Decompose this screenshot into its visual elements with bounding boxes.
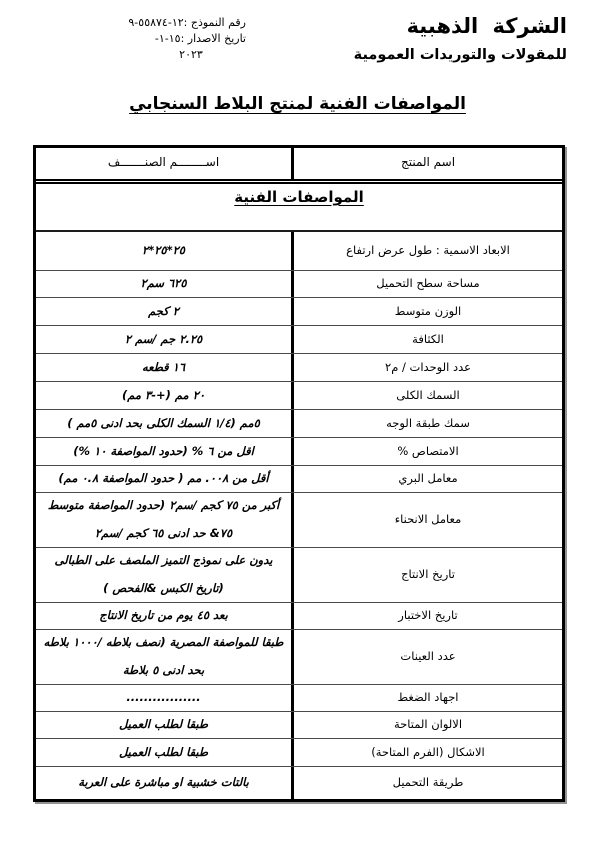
section-title: المواصفات الفنية <box>234 188 364 206</box>
table-row: عدد الوحدات / م٢ ١٦ قطعه <box>36 354 562 382</box>
spec-label: مساحة سطح التحميل <box>291 271 562 297</box>
table-row: الاشكال (الفرم المتاحة) طبقا لطلب العميل <box>36 739 562 767</box>
table-row: طريقة التحميل بالتات خشبية او مباشرة على… <box>36 767 562 799</box>
section-header-row: المواصفات الفنية <box>36 184 562 232</box>
spec-value: ٢٠ مم (+-٣ مم) <box>36 382 291 409</box>
spec-value: ٢ كجم <box>36 298 291 325</box>
spec-value: ٥مم (١/٤ السمك الكلى بحد ادنى ٥مم ) <box>36 410 291 437</box>
spec-value: ٦٢٥ سم٢ <box>36 271 291 297</box>
spec-label: تاريخ الاختبار <box>291 603 562 629</box>
company-name: الشركة الذهبية <box>327 14 567 38</box>
spec-label: الوزن متوسط <box>291 298 562 325</box>
spec-label: الالوان المتاحة <box>291 712 562 738</box>
header-item-name: اســــــــم الصنـــــــف <box>36 148 291 179</box>
spec-label: معامل الانحناء <box>291 493 562 547</box>
table-row: معامل الانحناء أكبر من ٧٥ كجم /سم٢ (حدود… <box>36 493 562 548</box>
form-info-block: رقم النموذج :١٢-٥٥٨٧٤-٩ تاريخ الاصدار :١… <box>108 15 246 63</box>
issue-year: ٢٠٢٣ <box>108 47 246 63</box>
spec-label: عدد الوحدات / م٢ <box>291 354 562 381</box>
spec-value: أكبر من ٧٥ كجم /سم٢ (حدود المواصفة متوسط… <box>36 493 291 547</box>
spec-value: أقل من ٠٠٨. مم ( حدود المواصفة ٠.٨ مم) <box>36 466 291 492</box>
spec-value: ٢٥*٢٥*٢ <box>36 232 291 270</box>
spec-value: بعد ٤٥ يوم من تاريخ الانتاج <box>36 603 291 629</box>
spec-value: يدون على نموذج التميز الملصف على الطبالى… <box>36 548 291 602</box>
table-row: اجهاد الضغط ................. <box>36 685 562 712</box>
spec-label: تاريخ الانتاج <box>291 548 562 602</box>
table-row: الامتصاص % اقل من ٦ % (حدود المواصفة ١٠ … <box>36 438 562 466</box>
spec-label: الكثافة <box>291 326 562 353</box>
company-header: الشركة الذهبية للمقولات والتوريدات العمو… <box>327 14 567 63</box>
table-row: معامل البري أقل من ٠٠٨. مم ( حدود المواص… <box>36 466 562 493</box>
document-page: رقم النموذج :١٢-٥٥٨٧٤-٩ تاريخ الاصدار :١… <box>0 0 595 842</box>
company-subtitle: للمقولات والتوريدات العمومية <box>327 47 567 63</box>
spec-value: طبقا لطلب العميل <box>36 739 291 766</box>
table-row: الابعاد الاسمية : طول عرض ارتفاع ٢٥*٢٥*٢ <box>36 232 562 271</box>
spec-value: طبقا للمواصفة المصرية (نصف بلاطه /١٠٠٠ ب… <box>36 630 291 684</box>
issue-date: تاريخ الاصدار :١٥-١- <box>108 31 246 47</box>
table-row: مساحة سطح التحميل ٦٢٥ سم٢ <box>36 271 562 298</box>
spec-value: ١٦ قطعه <box>36 354 291 381</box>
table-header-row: اسم المنتج اســــــــم الصنـــــــف <box>36 148 562 184</box>
spec-label: معامل البري <box>291 466 562 492</box>
spec-label: اجهاد الضغط <box>291 685 562 711</box>
spec-label: طريقة التحميل <box>291 767 562 799</box>
spec-value: طبقا لطلب العميل <box>36 712 291 738</box>
spec-value: ٢.٢٥ جم /سم ٢ <box>36 326 291 353</box>
table-row: تاريخ الانتاج يدون على نموذج التميز المل… <box>36 548 562 603</box>
spec-label: سمك طبقة الوجه <box>291 410 562 437</box>
table-row: الالوان المتاحة طبقا لطلب العميل <box>36 712 562 739</box>
spec-label: الاشكال (الفرم المتاحة) <box>291 739 562 766</box>
header-product-name: اسم المنتج <box>291 148 562 179</box>
spec-value: ................. <box>36 685 291 711</box>
spec-label: عدد العينات <box>291 630 562 684</box>
table-row: عدد العينات طبقا للمواصفة المصرية (نصف ب… <box>36 630 562 685</box>
spec-table: اسم المنتج اســــــــم الصنـــــــف المو… <box>33 145 565 802</box>
table-row: سمك طبقة الوجه ٥مم (١/٤ السمك الكلى بحد … <box>36 410 562 438</box>
spec-label: الامتصاص % <box>291 438 562 465</box>
page-title: المواصفات الفنية لمنتج البلاط السنجابي <box>0 94 595 114</box>
table-row: تاريخ الاختبار بعد ٤٥ يوم من تاريخ الانت… <box>36 603 562 630</box>
spec-label: الابعاد الاسمية : طول عرض ارتفاع <box>291 232 562 270</box>
spec-value: اقل من ٦ % (حدود المواصفة ١٠ %) <box>36 438 291 465</box>
spec-label: السمك الكلى <box>291 382 562 409</box>
table-row: السمك الكلى ٢٠ مم (+-٣ مم) <box>36 382 562 410</box>
table-row: الوزن متوسط ٢ كجم <box>36 298 562 326</box>
table-row: الكثافة ٢.٢٥ جم /سم ٢ <box>36 326 562 354</box>
form-number: رقم النموذج :١٢-٥٥٨٧٤-٩ <box>108 15 246 31</box>
spec-value: بالتات خشبية او مباشرة على العربة <box>36 767 291 799</box>
